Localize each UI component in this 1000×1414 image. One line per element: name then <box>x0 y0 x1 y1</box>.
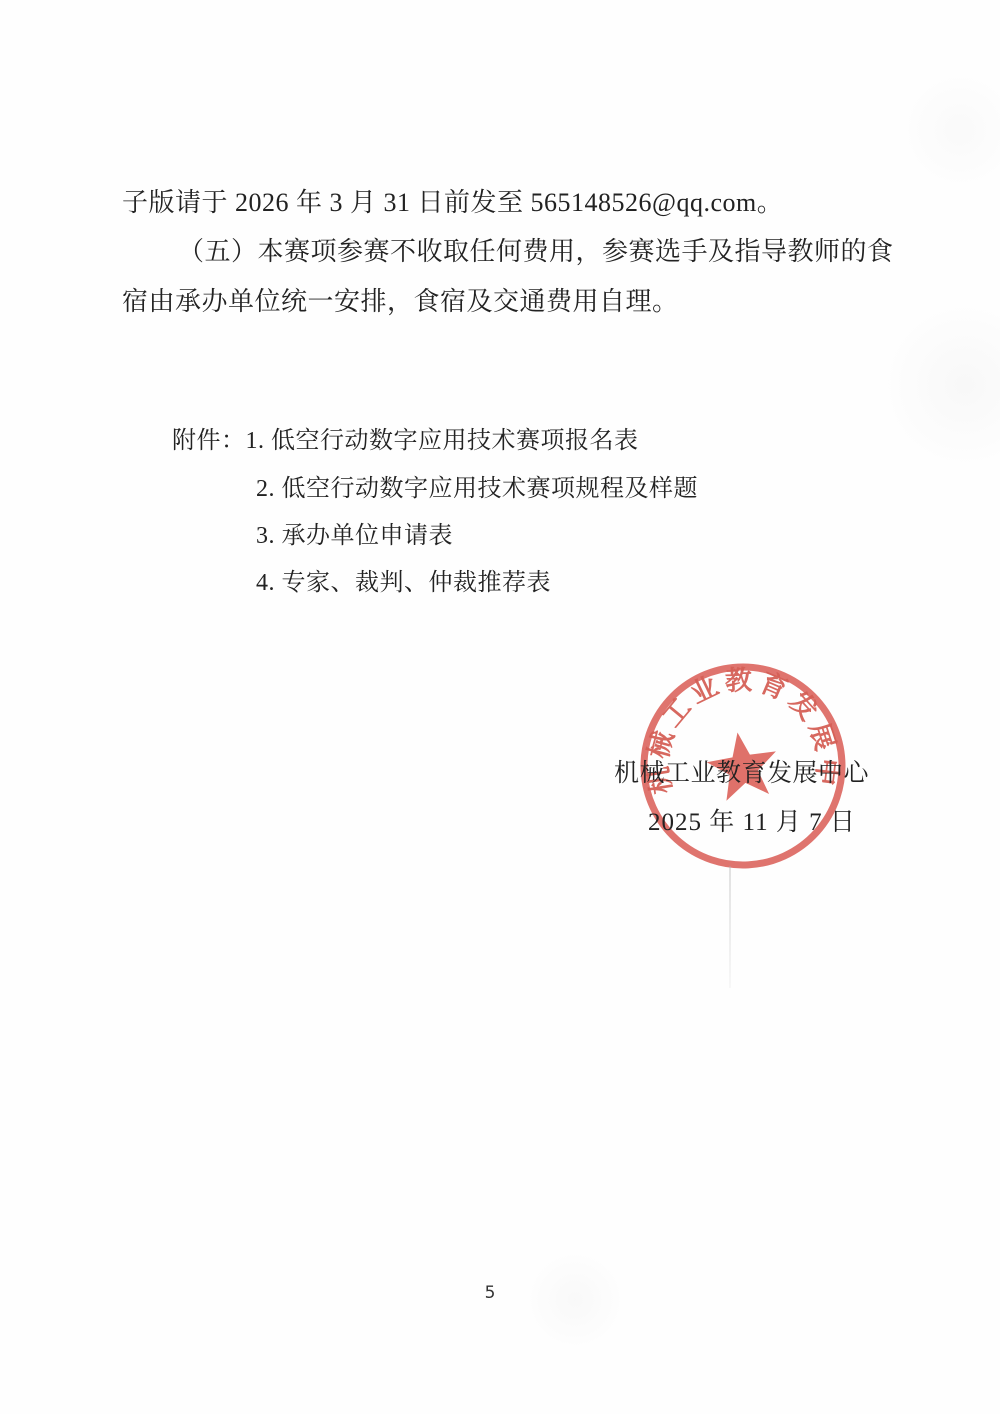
signature-date: 2025 年 11 月 7 日 <box>648 802 856 838</box>
signature-organization: 机械工业教育发展中心 <box>614 753 869 789</box>
attachments-label: 附件： <box>172 428 246 454</box>
attachment-item: 4. 专家、裁判、仲裁推荐表 <box>256 562 551 597</box>
attachment-item: 3. 承办单位申请表 <box>256 515 453 550</box>
body-line-fee-clause: （五）本赛项参赛不收取任何费用，参赛选手及指导教师的食 <box>178 231 894 268</box>
attachment-item: 1. 低空行动数字应用技术赛项报名表 <box>246 428 639 454</box>
page-number: 5 <box>478 1283 502 1303</box>
attachments-row: 附件：1. 低空行动数字应用技术赛项报名表 <box>172 420 639 455</box>
scan-smudge <box>900 70 1000 190</box>
scan-smudge <box>880 300 1000 470</box>
body-line-email-deadline: 子版请于 2026 年 3 月 31 日前发至 565148526@qq.com… <box>122 182 783 219</box>
scan-crease-line <box>729 866 731 988</box>
scan-smudge <box>520 1255 630 1345</box>
document-page: 子版请于 2026 年 3 月 31 日前发至 565148526@qq.com… <box>0 0 1000 1414</box>
attachment-item: 2. 低空行动数字应用技术赛项规程及样题 <box>256 468 698 503</box>
body-line-fee-clause-cont: 宿由承办单位统一安排，食宿及交通费用自理。 <box>122 281 679 318</box>
